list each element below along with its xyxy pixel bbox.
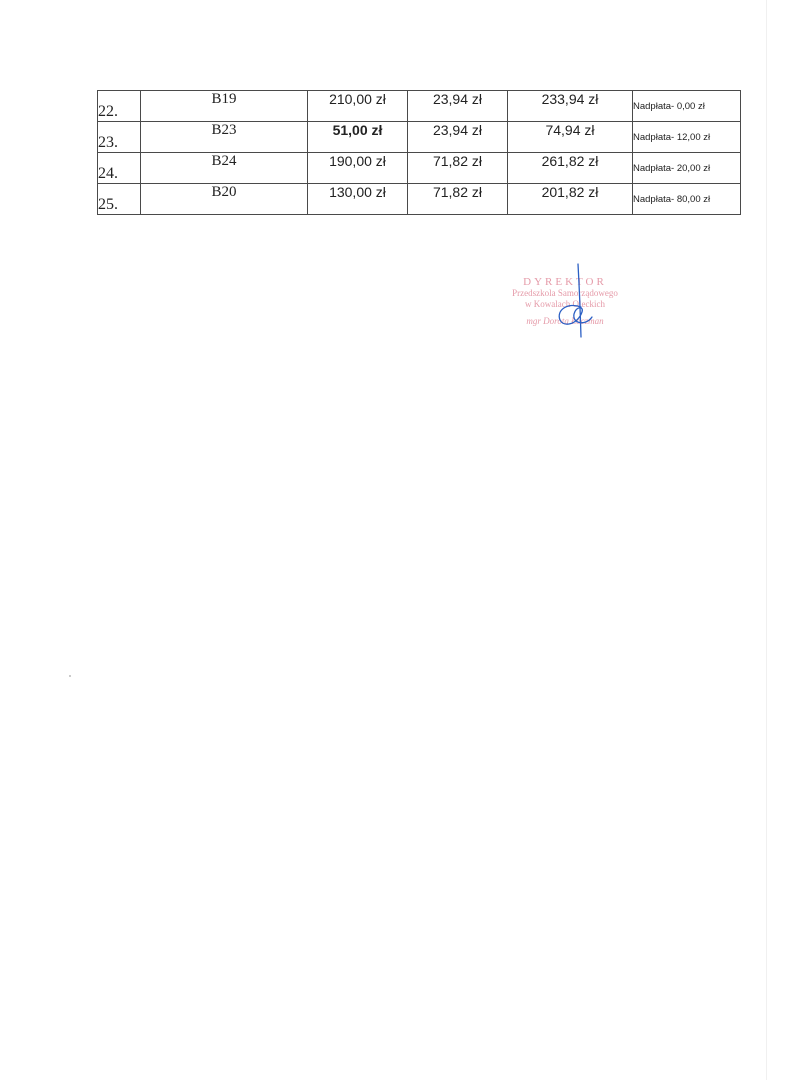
row-number: 23. (98, 122, 141, 153)
meals-amount: 71,82 zł (408, 184, 508, 215)
fee-amount: 130,00 zł (308, 184, 408, 215)
table-row: 23. B23 51,00 zł 23,94 zł 74,94 zł Nadpł… (98, 122, 741, 153)
fee-amount: 190,00 zł (308, 153, 408, 184)
meals-amount: 23,94 zł (408, 91, 508, 122)
child-code: B20 (141, 184, 308, 215)
total-amount: 201,82 zł (508, 184, 633, 215)
signature-icon (548, 262, 598, 342)
row-number: 22. (98, 91, 141, 122)
overpayment-note: Nadpłata- 0,00 zł (633, 91, 741, 122)
meals-amount: 23,94 zł (408, 122, 508, 153)
fee-amount: 51,00 zł (308, 122, 408, 153)
child-code: B19 (141, 91, 308, 122)
page-edge (766, 0, 767, 1080)
child-code: B24 (141, 153, 308, 184)
table-row: 25. B20 130,00 zł 71,82 zł 201,82 zł Nad… (98, 184, 741, 215)
overpayment-note: Nadpłata- 80,00 zł (633, 184, 741, 215)
total-amount: 261,82 zł (508, 153, 633, 184)
scan-speck (69, 675, 71, 677)
row-number: 25. (98, 184, 141, 215)
total-amount: 74,94 zł (508, 122, 633, 153)
overpayment-note: Nadpłata- 20,00 zł (633, 153, 741, 184)
fee-amount: 210,00 zł (308, 91, 408, 122)
overpayment-note: Nadpłata- 12,00 zł (633, 122, 741, 153)
table-row: 24. B24 190,00 zł 71,82 zł 261,82 zł Nad… (98, 153, 741, 184)
meals-amount: 71,82 zł (408, 153, 508, 184)
row-number: 24. (98, 153, 141, 184)
total-amount: 233,94 zł (508, 91, 633, 122)
table-row: 22. B19 210,00 zł 23,94 zł 233,94 zł Nad… (98, 91, 741, 122)
child-code: B23 (141, 122, 308, 153)
fees-table: 22. B19 210,00 zł 23,94 zł 233,94 zł Nad… (97, 90, 741, 215)
